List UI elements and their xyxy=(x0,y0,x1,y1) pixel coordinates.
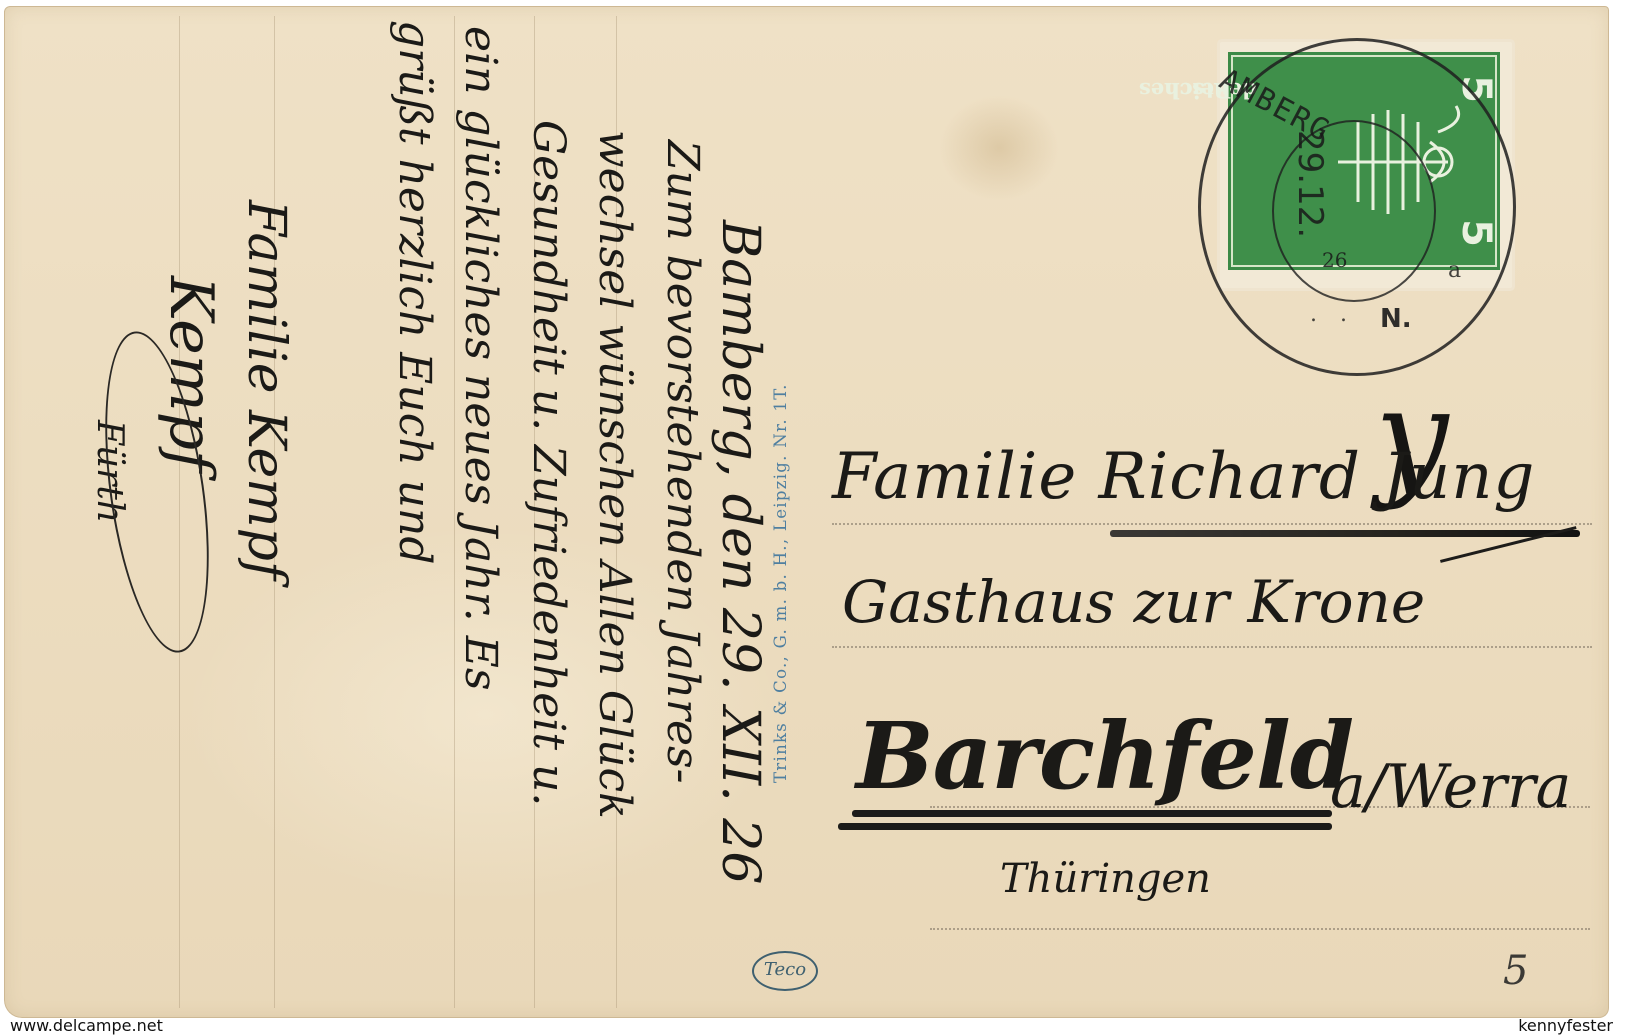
postmark-dots: . . xyxy=(1310,302,1355,327)
address-establishment: Gasthaus zur Krone xyxy=(842,568,1425,636)
postmark-letter: a xyxy=(1448,258,1461,283)
message-line: Gesundheit u. Zufriedenheit u. xyxy=(523,120,574,806)
watermark-seller: kennyfester xyxy=(1518,1016,1613,1035)
recipient-underline xyxy=(1110,530,1580,537)
message-place-date: Bamberg, den 29. XII. 26 xyxy=(710,220,770,884)
printer-imprint: Trinks & Co., G. m. b. H., Leipzig. Nr. … xyxy=(766,258,796,783)
address-region: Thüringen xyxy=(1000,856,1211,902)
address-line-guide xyxy=(832,523,1592,525)
publisher-logo: Teco xyxy=(752,951,818,991)
address-town-suffix: a/Werra xyxy=(1330,752,1571,822)
postmark-letter: N. xyxy=(1380,304,1412,334)
message-line: grüßt herzlich Euch und xyxy=(389,20,440,565)
town-underline xyxy=(838,823,1332,830)
message-line: Familie Kempf xyxy=(236,200,296,580)
address-line-guide xyxy=(930,928,1590,930)
message-line: wechsel wünschen Allen Glück xyxy=(589,130,640,819)
message-line: Zum bevorstehenden Jahres- xyxy=(657,140,708,783)
message-line: ein glückliches neues Jahr. Es xyxy=(455,26,506,690)
address-line-guide xyxy=(832,646,1592,648)
postmark-date: 29.12. xyxy=(1295,130,1325,238)
watermark-site: www.delcampe.net xyxy=(10,1016,163,1035)
postmark-year: 26 xyxy=(1322,248,1347,272)
corner-pencil-mark: 5 xyxy=(1503,948,1528,994)
address-recipient: Familie Richard Jung xyxy=(832,440,1535,514)
town-underline xyxy=(852,810,1332,817)
address-town: Barchfeld xyxy=(856,702,1353,810)
